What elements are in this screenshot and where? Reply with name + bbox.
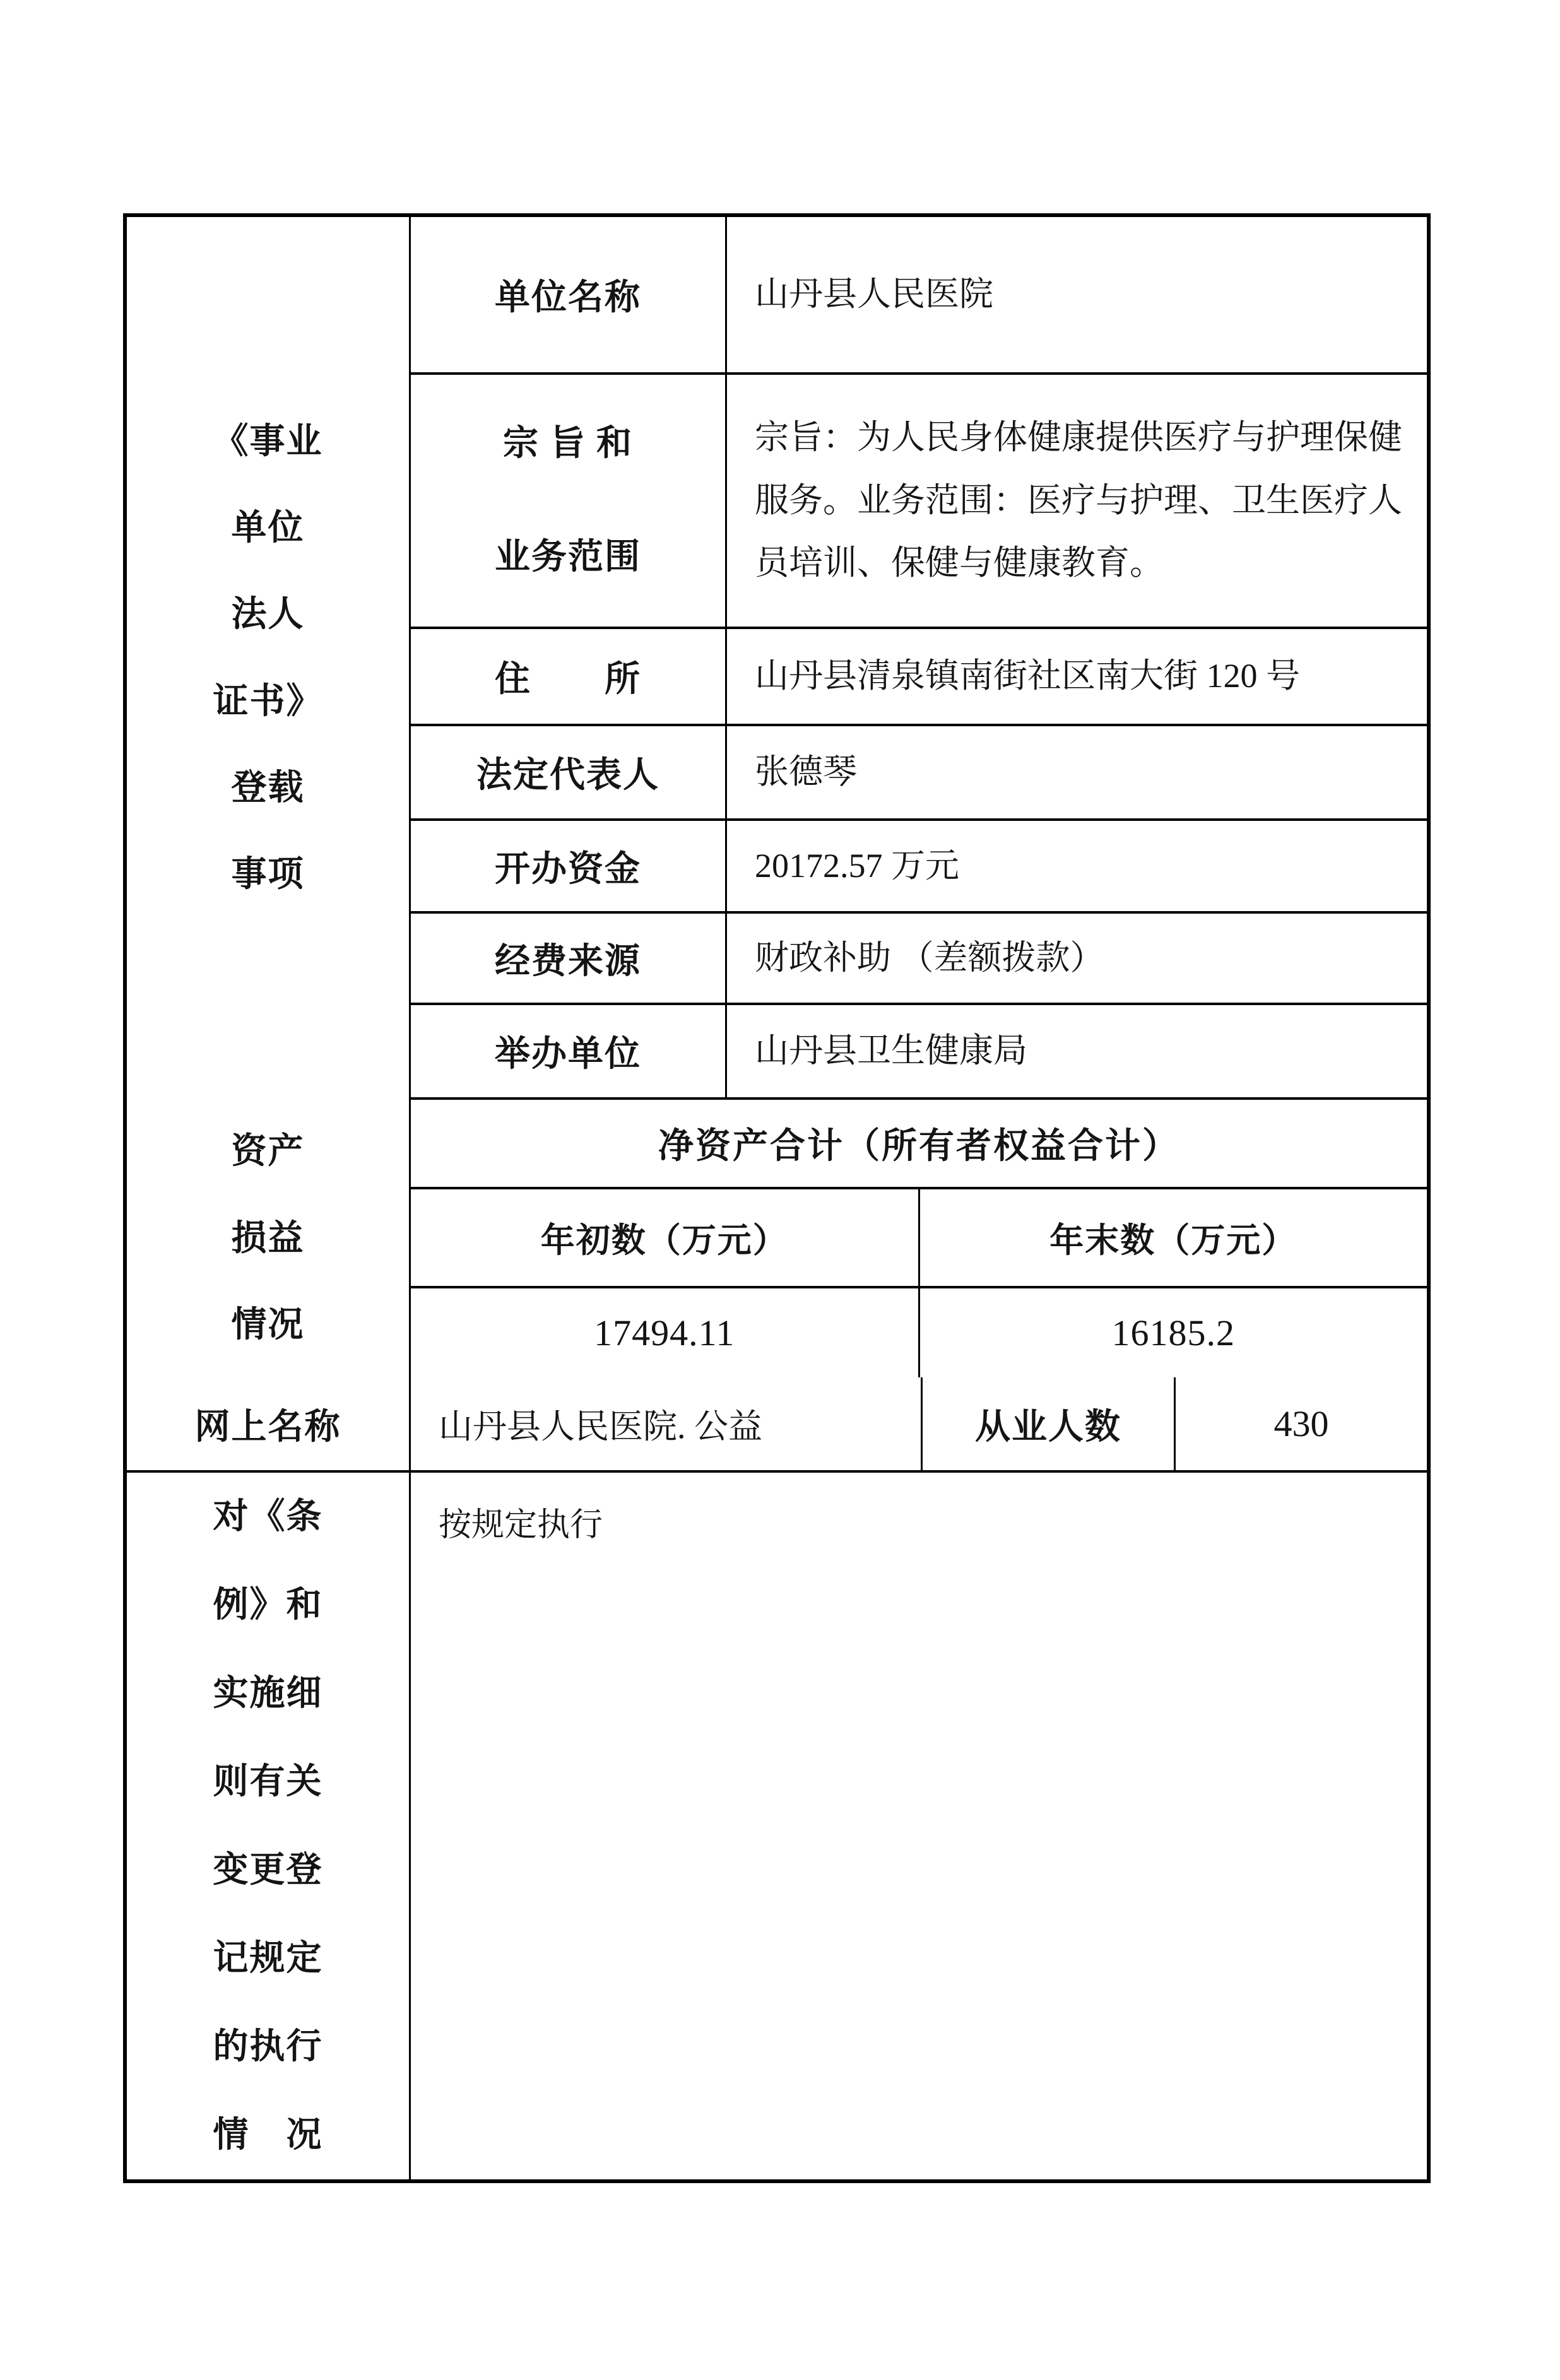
founding-capital-value: 20172.57 万元: [727, 821, 1427, 911]
compliance-row-label: 对《条 例》和 实施细 则有关 变更登 记规定 的执行 情 况: [127, 1473, 411, 2179]
sponsor-unit-label: 举办单位: [411, 1005, 727, 1097]
online-name-value: 山丹县人民医院. 公益: [411, 1377, 923, 1470]
sponsor-unit-value: 山丹县卫生健康局: [727, 1005, 1427, 1097]
section-online-name: 网上名称 山丹县人民医院. 公益 从业人数 430: [127, 1377, 1427, 1473]
founding-capital-label: 开办资金: [411, 821, 727, 911]
row-sponsor-unit: 举办单位 山丹县卫生健康局: [411, 1005, 1427, 1100]
row-founding-capital: 开办资金 20172.57 万元: [411, 821, 1427, 914]
funding-source-label: 经费来源: [411, 914, 727, 1003]
row-unit-name: 单位名称 山丹县人民医院: [411, 217, 1427, 375]
purpose-scope-label: 宗 旨 和 业务范围: [411, 375, 727, 627]
section-compliance: 对《条 例》和 实施细 则有关 变更登 记规定 的执行 情 况 按规定执行: [127, 1473, 1427, 2179]
purpose-scope-value: 宗旨：为人民身体健康提供医疗与护理保健服务。业务范围：医疗与护理、卫生医疗人员培…: [727, 375, 1427, 627]
legal-representative-label: 法定代表人: [411, 726, 727, 818]
assets-row-label: 资产 损益 情况: [127, 1100, 411, 1377]
registration-table: 《事业 单位 法人 证书》 登载 事项 单位名称 山丹县人民医院 宗 旨 和 业…: [123, 213, 1431, 2183]
row-legal-representative: 法定代表人 张德琴: [411, 726, 1427, 821]
row-purpose-scope: 宗 旨 和 业务范围 宗旨：为人民身体健康提供医疗与护理保健服务。业务范围：医疗…: [411, 375, 1427, 629]
unit-name-value: 山丹县人民医院: [727, 217, 1427, 372]
staff-count-label: 从业人数: [923, 1377, 1176, 1470]
end-of-year-value: 16185.2: [920, 1288, 1427, 1377]
section-certificate-items: 《事业 单位 法人 证书》 登载 事项 单位名称 山丹县人民医院 宗 旨 和 业…: [127, 217, 1427, 1100]
start-of-year-header: 年初数（万元）: [411, 1189, 920, 1286]
assets-values-row: 17494.11 16185.2: [411, 1288, 1427, 1377]
row-address: 住 所 山丹县清泉镇南街社区南大街 120 号: [411, 629, 1427, 726]
funding-source-value: 财政补助 （差额拨款）: [727, 914, 1427, 1003]
row-funding-source: 经费来源 财政补助 （差额拨款）: [411, 914, 1427, 1005]
legal-representative-value: 张德琴: [727, 726, 1427, 818]
end-of-year-header: 年末数（万元）: [920, 1189, 1427, 1286]
certificate-items-row-label: 《事业 单位 法人 证书》 登载 事项: [127, 217, 411, 1100]
staff-count-value: 430: [1176, 1377, 1427, 1470]
unit-name-label: 单位名称: [411, 217, 727, 372]
certificate-items-rows: 单位名称 山丹县人民医院 宗 旨 和 业务范围 宗旨：为人民身体健康提供医疗与护…: [411, 217, 1427, 1100]
assets-grid: 净资产合计（所有者权益合计） 年初数（万元） 年末数（万元） 17494.11 …: [411, 1100, 1427, 1377]
start-of-year-value: 17494.11: [411, 1288, 920, 1377]
online-name-label: 网上名称: [127, 1377, 411, 1470]
address-value: 山丹县清泉镇南街社区南大街 120 号: [727, 629, 1427, 724]
net-assets-header: 净资产合计（所有者权益合计）: [411, 1100, 1427, 1189]
address-label: 住 所: [411, 629, 727, 724]
document-page: 《事业 单位 法人 证书》 登载 事项 单位名称 山丹县人民医院 宗 旨 和 业…: [0, 0, 1560, 2380]
compliance-value: 按规定执行: [411, 1473, 1427, 2179]
section-assets: 资产 损益 情况 净资产合计（所有者权益合计） 年初数（万元） 年末数（万元） …: [127, 1100, 1427, 1377]
assets-subheader-row: 年初数（万元） 年末数（万元）: [411, 1189, 1427, 1288]
